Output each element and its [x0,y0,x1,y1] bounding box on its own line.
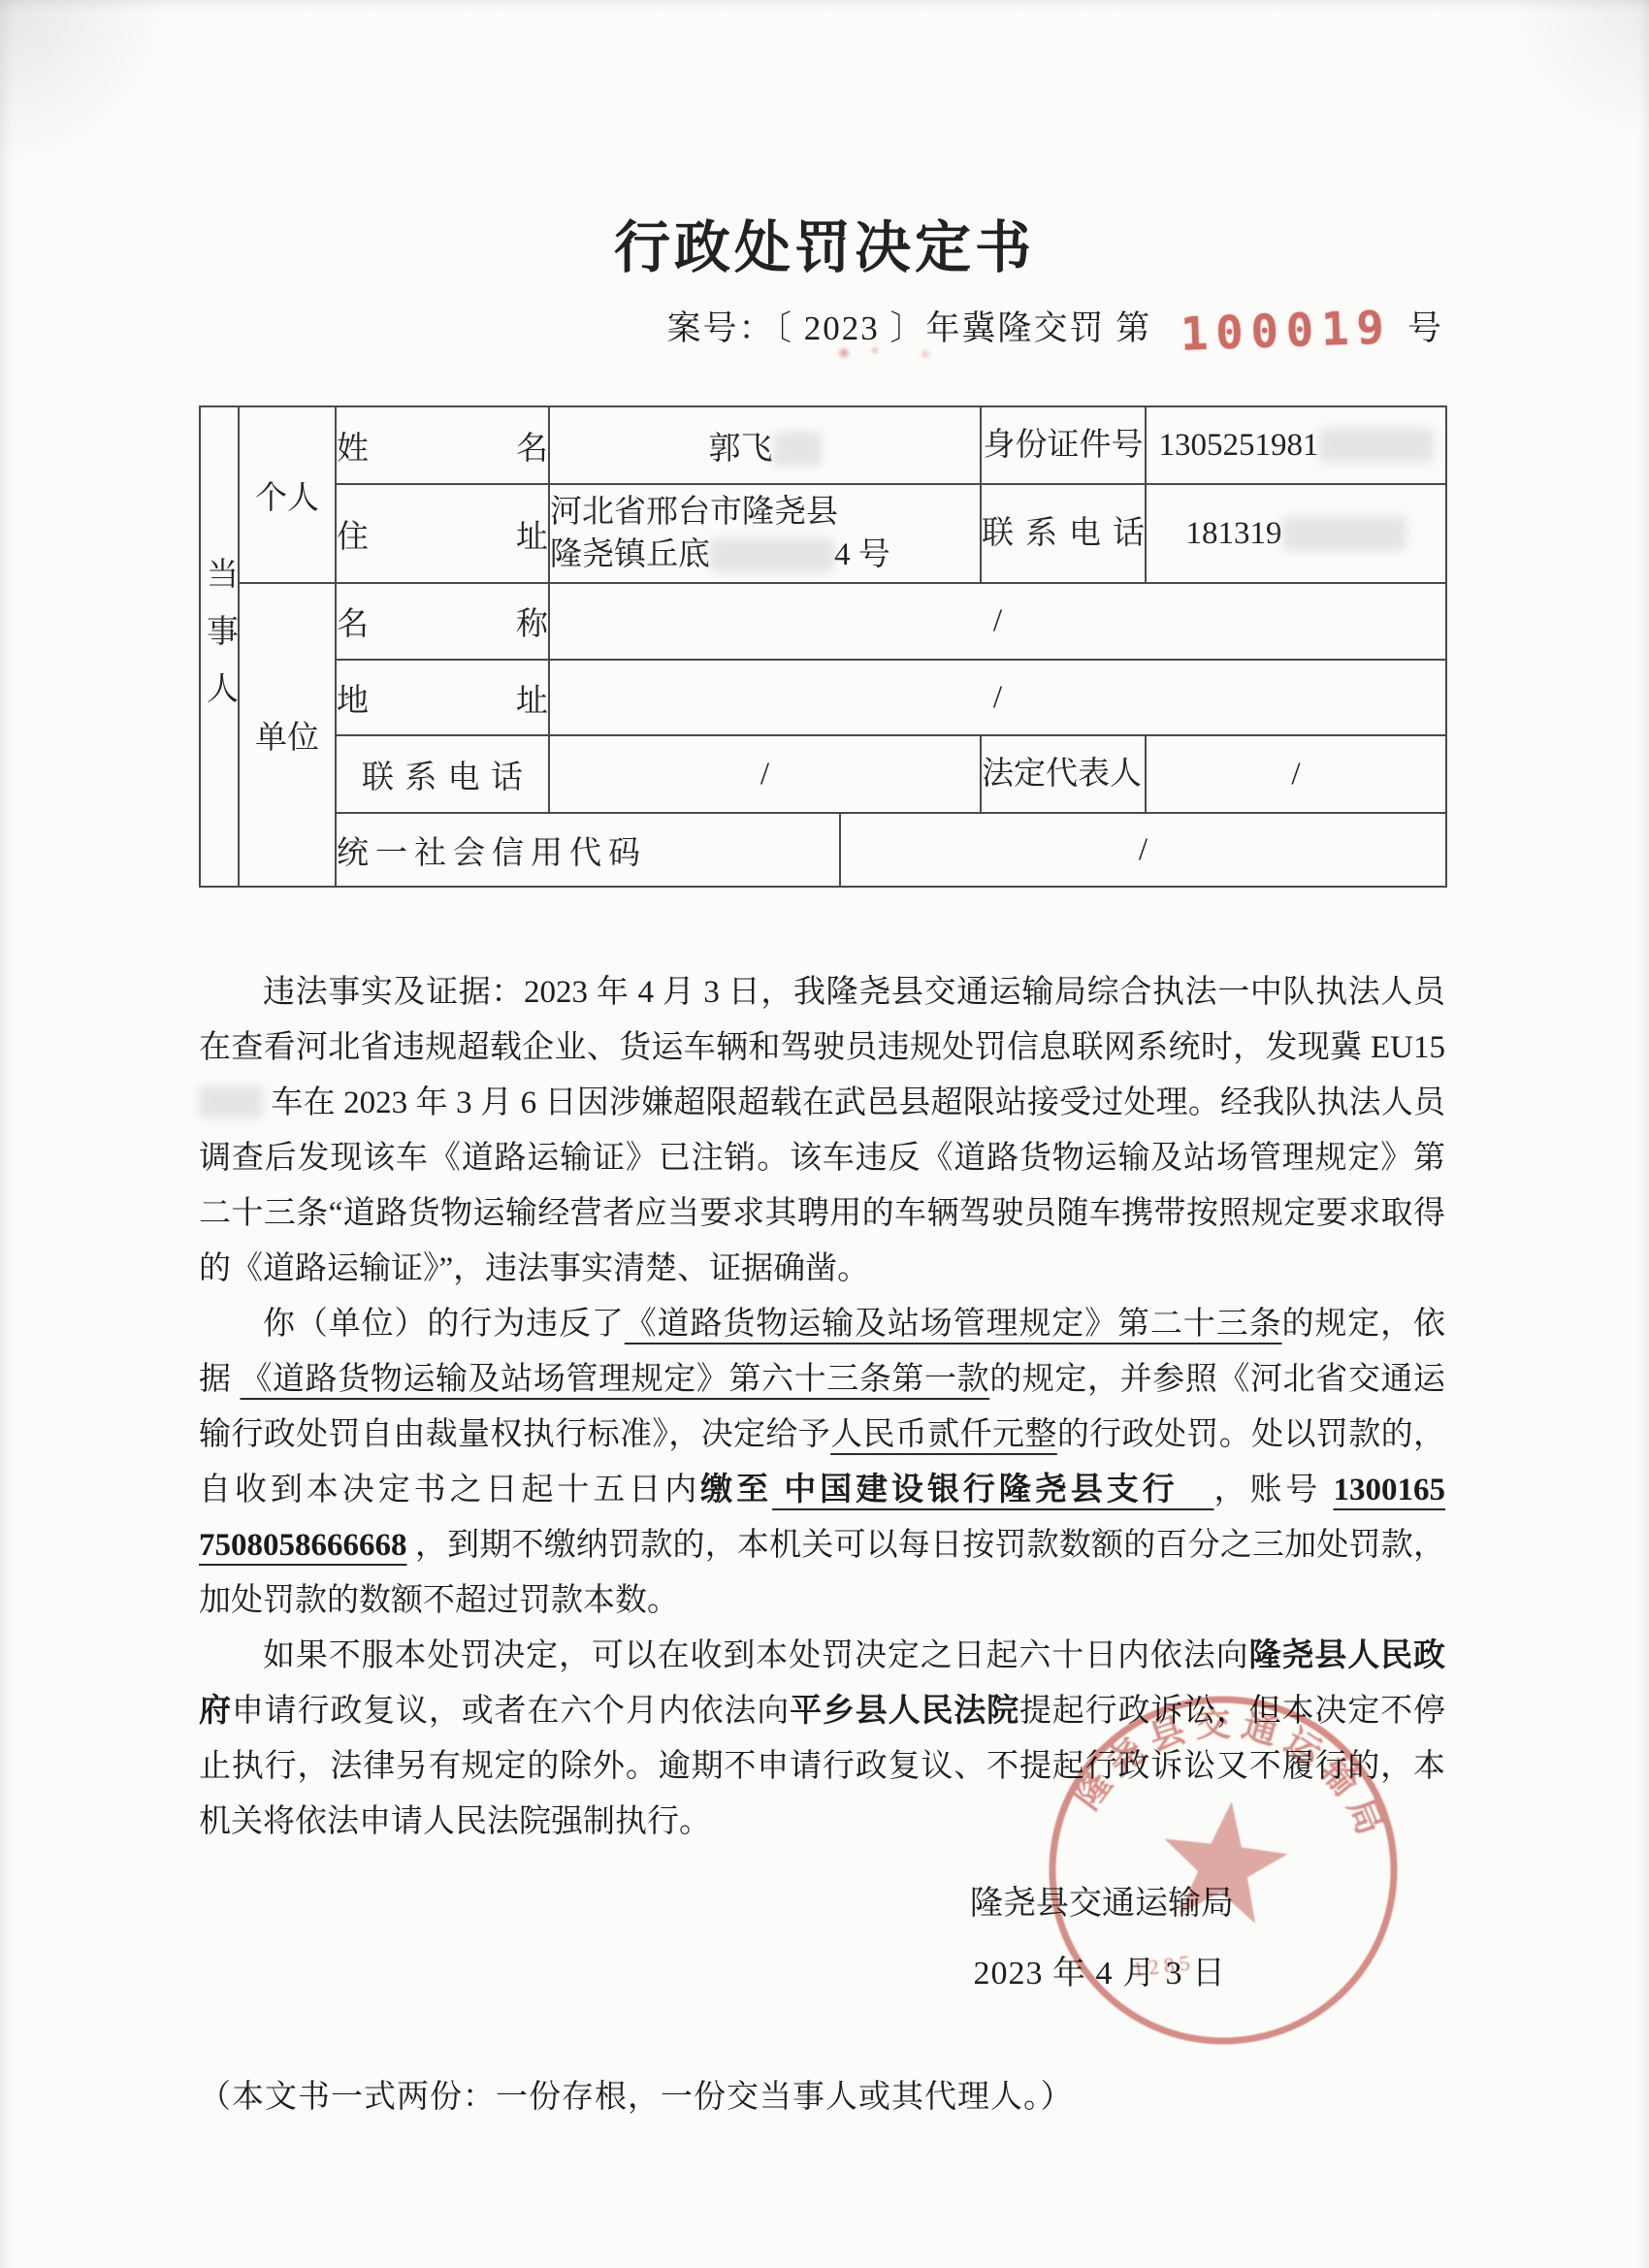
address-line2-post: 4 号 [834,537,890,572]
table-row: 单位 名称 / [200,583,1446,660]
name-label-cell: 姓名 [336,406,549,484]
redaction-patch [1319,428,1434,463]
address-line2-pre: 隆尧镇丘底 [550,537,710,572]
id-label-cell: 身份证件号 [981,406,1146,484]
text-run: 申请行政复议，或者在六个月内依法向 [232,1694,790,1729]
org-name-value-cell: / [549,583,1446,660]
phone-label-cell: 联系电话 [981,484,1146,583]
phone-value-cell: 181319 [1146,484,1446,583]
name-value: 郭飞 [709,432,773,467]
text-run: 你（单位）的行为违反了 [263,1307,625,1342]
address-label-cell: 住址 [336,484,549,583]
redaction-patch [710,537,834,572]
org-phone-value-cell: / [549,735,981,813]
text-run: 平乡县人民法院 [790,1694,1019,1729]
person-group-cell: 个人 [239,406,336,583]
case-number-suffix: 号 [1407,302,1443,350]
legal-rep-label-cell: 法定代表人 [981,735,1146,813]
text-run: 缴至 [700,1473,772,1507]
org-address-label-cell: 地址 [336,660,549,735]
org-group-cell: 单位 [239,583,336,887]
signature-block: 隆尧县交通运输局 2023 年 4 月 3 日 [0,1869,1649,2009]
party-header-cell: 当事人 [200,406,239,887]
table-row: 住址 河北省邢台市隆尧县 隆尧镇丘底4 号 联系电话 181319 [200,484,1446,583]
red-ink-marks [832,341,958,363]
redaction-patch [1282,516,1406,551]
text-run: 违法事实及证据：2023 年 4 月 3 日，我隆尧县交通运输局综合执法一中队执… [199,975,1445,1065]
body-text: 违法事实及证据：2023 年 4 月 3 日，我隆尧县交通运输局综合执法一中队执… [199,965,1445,1850]
document-title: 行政处罚决定书 [0,0,1649,283]
org-name-label-cell: 名称 [336,583,549,660]
org-phone-label-cell: 联系电话 [336,735,549,813]
text-run: 车在 2023 年 3 月 6 日因涉嫌超限超载在武邑县超限站接受过处理。经我队… [199,1085,1445,1286]
table-row: 地址 / [200,660,1446,735]
text-run: 人民币贰仟元整 [830,1417,1057,1452]
signature-date: 2023 年 4 月 3 日 [0,1939,1226,2009]
party-label: 当事人 [201,557,238,729]
text-run: 《道路货物运输及站场管理规定》第二十三条 [625,1307,1282,1342]
credit-code-label-cell: 统一社会信用代码 [336,813,840,887]
decision-paragraph: 你（单位）的行为违反了《道路货物运输及站场管理规定》第二十三条的规定，依据 《道… [199,1297,1445,1629]
appeal-paragraph: 如果不服本处罚决定，可以在收到本处罚决定之日起六十日内依法向隆尧县人民政府申请行… [199,1629,1445,1850]
penalty-number-stamp: 100019 [1180,301,1393,362]
address-line2: 隆尧镇丘底4 号 [550,534,980,576]
copies-note: （本文书一式两份：一份存根，一份交当事人或其代理人。） [199,2071,1649,2117]
credit-code-value-cell: / [840,813,1446,887]
table-row: 当事人 个人 姓名 郭飞 身份证件号 1305251981 [200,406,1446,484]
table-row: 统一社会信用代码 / [200,813,1446,887]
penalty-decision-document: 行政处罚决定书 案号：〔 2023 〕年冀隆交罚 第 100019 号 当事人 … [0,0,1649,2268]
table-row: 联系电话 / 法定代表人 / [200,735,1446,813]
id-value-cell: 1305251981 [1146,406,1446,484]
text-run: 如果不服本处罚决定，可以在收到本处罚决定之日起六十日内依法向 [263,1638,1249,1673]
address-value-cell: 河北省邢台市隆尧县 隆尧镇丘底4 号 [549,484,981,583]
facts-paragraph: 违法事实及证据：2023 年 4 月 3 日，我隆尧县交通运输局综合执法一中队执… [199,965,1445,1297]
signature-organization: 隆尧县交通运输局 [0,1869,1234,1939]
id-value: 1305251981 [1159,428,1319,463]
phone-value: 181319 [1186,516,1282,551]
name-value-cell: 郭飞 [549,406,981,484]
redaction-patch [199,1085,263,1118]
party-info-table: 当事人 个人 姓名 郭飞 身份证件号 1305251981 住址 河北省邢台市隆… [199,405,1447,888]
text-run: 中国建设银行隆尧县支行 [772,1473,1213,1507]
address-line1: 河北省邢台市隆尧县 [550,491,980,534]
text-run: 《道路货物运输及站场管理规定》第六十三条第一款 [240,1362,989,1397]
org-address-value-cell: / [549,660,1446,735]
text-run: ，账号 [1214,1473,1334,1507]
legal-rep-value-cell: / [1146,735,1446,813]
redaction-patch [773,432,822,467]
case-number-line: 案号：〔 2023 〕年冀隆交罚 第 100019 号 [0,299,1649,353]
